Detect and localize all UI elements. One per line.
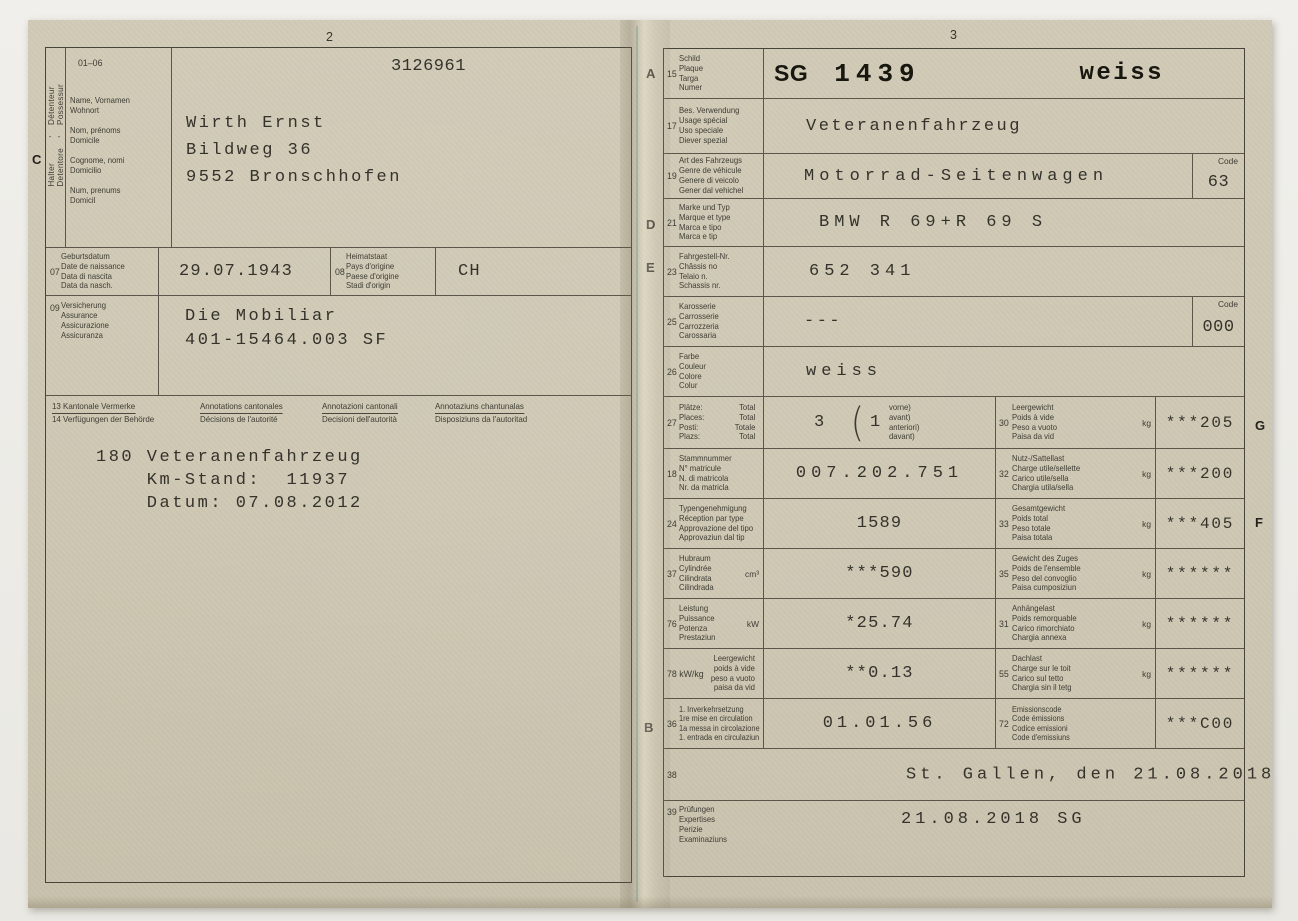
colour-labels: Farbe Couleur Colore Colur xyxy=(679,352,706,392)
seats-total-value: 3 xyxy=(814,413,825,432)
type-approval-value: 1589 xyxy=(857,514,903,533)
page-edge-tint xyxy=(636,26,638,902)
plate-value-cell: SG 1439 weiss xyxy=(764,49,1244,98)
total-weight-label-cell: 33 Gesamtgewicht Poids total Peso totale… xyxy=(996,499,1156,548)
plate-number-value: 1439 xyxy=(834,59,920,89)
remarks-header-line: Annotaziuns chantunalas xyxy=(435,401,524,414)
birthdate-origin-row: 07 Geburtsdatum Date de naissance Data d… xyxy=(46,248,631,296)
birthdate-label-cell: 07 Geburtsdatum Date de naissance Data d… xyxy=(46,248,159,295)
chassis-value: 652 341 xyxy=(809,262,915,281)
roof-load-value: ****** xyxy=(1166,665,1234,683)
total-weight-labels: Gesamtgewicht Poids total Peso totale Pa… xyxy=(1012,504,1065,544)
body-type-label-cell: 25 Karosserie Carrosserie Carrozzeria Ca… xyxy=(664,297,764,346)
kg-unit: kg xyxy=(1142,418,1151,428)
field-number: 24 xyxy=(667,519,677,529)
body-type-code-value: 000 xyxy=(1202,318,1234,337)
payload-value-cell: ***200 xyxy=(1156,449,1244,498)
field-number: 21 xyxy=(667,218,677,228)
displacement-value-cell: ***590 xyxy=(764,549,996,598)
remarks-header-line: Annotazioni cantonali xyxy=(322,401,398,414)
plate-canton-value: SG xyxy=(774,60,808,87)
power-labels: Leistung Puissance Potenza Prestaziun xyxy=(679,604,715,644)
field-number: 31 xyxy=(999,619,1009,629)
chassis-value-cell: 652 341 xyxy=(764,247,1244,296)
field-number: 38 xyxy=(667,770,677,780)
holder-vertical-bottom: Halter Detentore xyxy=(47,148,65,187)
margin-letter-f: F xyxy=(1255,515,1263,530)
page3-table: 15 Schild Plaque Targa Numer SG 1439 wei… xyxy=(663,48,1245,877)
holder-vertical-label: Détenteur xyxy=(47,84,56,125)
seats-emptyweight-row: 27 Plätze: Places: Posti: Plazs: Total T… xyxy=(664,397,1244,449)
birthdate-value-cell: 29.07.1943 xyxy=(159,248,331,295)
kg-unit: kg xyxy=(1142,469,1151,479)
payload-labels: Nutz-/Sattellast Charge utile/sellette C… xyxy=(1012,454,1080,494)
origin-labels: Heimatstaat Pays d'origine Paese d'origi… xyxy=(346,252,399,292)
first-registration-labels: 1. Inverkehrsetzung 1re mise en circulat… xyxy=(679,705,760,743)
cantonal-remarks-value: 180 Veteranenfahrzeug Km-Stand: 11937 Da… xyxy=(96,446,363,515)
roof-load-label-cell: 55 Dachlast Charge sur le toit Carico su… xyxy=(996,649,1156,698)
trailer-load-value: ****** xyxy=(1166,615,1234,633)
insurance-label-cell: 09 Versicherung Assurance Assicurazione … xyxy=(46,296,159,395)
displacement-label-cell: 37 Hubraum Cylindrée Cilindrata Cilindra… xyxy=(664,549,764,598)
special-use-value: Veteranenfahrzeug xyxy=(806,117,1022,136)
trailer-load-label-cell: 31 Anhängelast Poids remorquable Carico … xyxy=(996,599,1156,648)
empty-weight-label-cell: 30 Leergewicht Poids à vide Peso a vuoto… xyxy=(996,397,1156,448)
chassis-row: 23 Fahrgestell-Nr. Châssis no Telaio n. … xyxy=(664,247,1244,297)
stock-number-value-cell: 007.202.751 xyxy=(764,449,996,498)
cantonal-remarks-section: 13 Kantonale Vermerke 14 Verfügungen der… xyxy=(46,396,631,882)
remarks-header-rm: Annotaziuns chantunalas Disposiziuns da … xyxy=(435,401,527,425)
field-number: 15 xyxy=(667,69,677,79)
displacement-value: ***590 xyxy=(845,564,913,583)
margin-letter-c: C xyxy=(32,152,41,167)
stock-number-label-cell: 18 Stammnummer N° matricule N. di matric… xyxy=(664,449,764,498)
issue-value-cell: St. Gallen, den 21.08.2018 xyxy=(764,749,1244,800)
body-type-value: --- xyxy=(804,312,842,331)
seats-brace: ( xyxy=(851,399,864,446)
remarks-header-line: 14 Verfügungen der Behörde xyxy=(52,414,154,424)
plate-labels: Schild Plaque Targa Numer xyxy=(679,54,703,94)
field-number: 07 xyxy=(50,267,60,277)
remarks-header-line: Annotations cantonales xyxy=(200,401,283,414)
field-number: 33 xyxy=(999,519,1009,529)
remarks-header-line: Décisions de l'autorité xyxy=(200,414,278,424)
field-number: 08 xyxy=(335,267,345,277)
field-number: 25 xyxy=(667,317,677,327)
power-to-weight-value-cell: **0.13 xyxy=(764,649,996,698)
vehicle-kind-label-cell: 19 Art des Fahrzeugs Genre de véhicule G… xyxy=(664,154,764,198)
kg-unit: kg xyxy=(1142,519,1151,529)
make-type-label-cell: 21 Marke und Typ Marque et type Marca e … xyxy=(664,199,764,246)
payload-label-cell: 32 Nutz-/Sattellast Charge utile/sellett… xyxy=(996,449,1156,498)
field-number: 76 xyxy=(667,619,677,629)
power-to-weight-labels: Leergewicht poids à vide peso a vuoto pa… xyxy=(711,654,755,694)
seats-value-cell: 3 ( 1 vorne) avant) anteriori) davant) xyxy=(764,397,996,448)
kw-unit: kW xyxy=(747,619,759,629)
margin-letter-d: D xyxy=(646,217,655,232)
train-weight-label-cell: 35 Gewicht des Zuges Poids de l'ensemble… xyxy=(996,549,1156,598)
kg-unit: kg xyxy=(1142,569,1151,579)
remarks-header-fr: Annotations cantonales Décisions de l'au… xyxy=(200,401,283,425)
field-number: 36 xyxy=(667,719,677,729)
holder-vertical-dashes: - - xyxy=(49,132,63,141)
insurance-value-cell: Die Mobiliar 401-15464.003 SF xyxy=(159,296,631,395)
stock-number-labels: Stammnummer N° matricule N. di matricola… xyxy=(679,454,732,494)
seats-labels-right: Total Total Totale Total xyxy=(734,403,755,443)
trailer-load-value-cell: ****** xyxy=(1156,599,1244,648)
holder-name-address-value: Wirth Ernst Bildweg 36 9552 Bronschhofen xyxy=(186,110,402,191)
plate-color-value: weiss xyxy=(1079,60,1164,87)
train-weight-value-cell: ****** xyxy=(1156,549,1244,598)
issue-place-date-value: St. Gallen, den 21.08.2018 xyxy=(906,765,1275,784)
field-number: 19 xyxy=(667,171,677,181)
total-weight-value-cell: ***405 xyxy=(1156,499,1244,548)
seats-label-cell: 27 Plätze: Places: Posti: Plazs: Total T… xyxy=(664,397,764,448)
body-type-value-cell: --- xyxy=(764,297,1192,346)
first-registration-value: 01.01.56 xyxy=(823,714,937,733)
insurance-value: Die Mobiliar 401-15464.003 SF xyxy=(185,305,388,353)
margin-letter-e: E xyxy=(646,260,655,275)
body-type-labels: Karosserie Carrosserie Carrozzeria Caros… xyxy=(679,302,719,342)
vehicle-kind-code-value: 63 xyxy=(1208,173,1229,192)
insurance-row: 09 Versicherung Assurance Assicurazione … xyxy=(46,296,631,396)
page3-number: 3 xyxy=(950,28,957,42)
issue-row: 38 St. Gallen, den 21.08.2018 xyxy=(664,749,1244,801)
empty-weight-value: ***205 xyxy=(1166,414,1234,432)
field-number: 17 xyxy=(667,121,677,131)
special-use-labels: Bes. Verwendung Usage spécial Uso specia… xyxy=(679,106,739,146)
chassis-label-cell: 23 Fahrgestell-Nr. Châssis no Telaio n. … xyxy=(664,247,764,296)
issue-label-cell: 38 xyxy=(664,749,764,800)
field-number: 37 xyxy=(667,569,677,579)
payload-value: ***200 xyxy=(1166,465,1234,483)
special-use-value-cell: Veteranenfahrzeug xyxy=(764,99,1244,153)
holder-label-column: 01–06 Name, Vornamen Wohnort Nom, prénom… xyxy=(66,48,172,247)
insurance-labels: Versicherung Assurance Assicurazione Ass… xyxy=(61,301,109,341)
holder-value-cell: 3126961 Wirth Ernst Bildweg 36 9552 Bron… xyxy=(172,48,631,247)
train-weight-value: ****** xyxy=(1166,565,1234,583)
displacement-labels: Hubraum Cylindrée Cilindrata Cilindrada xyxy=(679,554,714,594)
vehicle-kind-value-cell: Motorrad-Seitenwagen xyxy=(764,154,1192,198)
margin-letter-a: A xyxy=(646,66,655,81)
total-weight-value: ***405 xyxy=(1166,515,1234,533)
stock-number-value: 007.202.751 xyxy=(796,464,963,483)
chassis-labels: Fahrgestell-Nr. Châssis no Telaio n. Sch… xyxy=(679,252,730,292)
typeapproval-totalweight-row: 24 Typengenehmigung Réception par type A… xyxy=(664,499,1244,549)
remarks-header-de: 13 Kantonale Vermerke 14 Verfügungen der… xyxy=(52,401,154,425)
seats-front-value: 1 xyxy=(870,413,881,432)
origin-label-cell: 08 Heimatstaat Pays d'origine Paese d'or… xyxy=(331,248,436,295)
scanner-background: 2 3 C A D E B G F Détenteur Possessur - … xyxy=(0,0,1298,921)
inspections-label-cell: 39 Prüfungen Expertises Perizie Examinaz… xyxy=(664,801,764,876)
origin-value: CH xyxy=(458,262,481,281)
code-label: Code xyxy=(1218,299,1238,309)
power-to-weight-value: **0.13 xyxy=(845,664,913,683)
inspections-value: 21.08.2018 SG xyxy=(901,810,1086,829)
field-number: 26 xyxy=(667,367,677,377)
field-number: 30 xyxy=(999,418,1009,428)
first-registration-label-cell: 36 1. Inverkehrsetzung 1re mise en circu… xyxy=(664,699,764,748)
power-value-cell: *25.74 xyxy=(764,599,996,648)
code-label: Code xyxy=(1218,156,1238,166)
origin-value-cell: CH xyxy=(436,248,631,295)
plate-label-cell: 15 Schild Plaque Targa Numer xyxy=(664,49,764,98)
field-number: 72 xyxy=(999,719,1009,729)
roof-load-labels: Dachlast Charge sur le toit Carico sul t… xyxy=(1012,654,1072,694)
margin-letter-b: B xyxy=(644,720,653,735)
body-type-code-cell: Code 000 xyxy=(1192,297,1244,346)
seats-front-labels: vorne) avant) anteriori) davant) xyxy=(889,403,919,443)
type-approval-value-cell: 1589 xyxy=(764,499,996,548)
holder-field-labels: Name, Vornamen Wohnort Nom, prénoms Domi… xyxy=(70,95,163,205)
birthdate-value: 29.07.1943 xyxy=(179,262,293,281)
empty-weight-labels: Leergewicht Poids à vide Peso a vuoto Pa… xyxy=(1012,403,1057,443)
cm3-unit: cm³ xyxy=(745,569,759,579)
holder-row: Détenteur Possessur - - Halter Detentore… xyxy=(46,48,631,248)
holder-vertical-label: Possessur xyxy=(56,84,65,125)
body-type-row: 25 Karosserie Carrosserie Carrozzeria Ca… xyxy=(664,297,1244,347)
stocknumber-payload-row: 18 Stammnummer N° matricule N. di matric… xyxy=(664,449,1244,499)
margin-letter-g: G xyxy=(1255,418,1265,433)
holder-vertical-label: Detentore xyxy=(56,148,65,187)
displacement-trainweight-row: 37 Hubraum Cylindrée Cilindrata Cilindra… xyxy=(664,549,1244,599)
holder-vertical-label: Halter xyxy=(47,148,56,187)
plate-row: 15 Schild Plaque Targa Numer SG 1439 wei… xyxy=(664,49,1244,99)
first-registration-value-cell: 01.01.56 xyxy=(764,699,996,748)
firstregistration-emission-row: 36 1. Inverkehrsetzung 1re mise en circu… xyxy=(664,699,1244,749)
roof-load-value-cell: ****** xyxy=(1156,649,1244,698)
empty-weight-value-cell: ***205 xyxy=(1156,397,1244,448)
holder-vertical-column: Détenteur Possessur - - Halter Detentore xyxy=(46,48,66,247)
remarks-header-line: 13 Kantonale Vermerke xyxy=(52,401,135,414)
power-to-weight-label-cell: 78 kW/kg Leergewicht poids à vide peso a… xyxy=(664,649,764,698)
field-number: 18 xyxy=(667,469,677,479)
powertoweight-roofload-row: 78 kW/kg Leergewicht poids à vide peso a… xyxy=(664,649,1244,699)
colour-row: 26 Farbe Couleur Colore Colur weiss xyxy=(664,347,1244,397)
emission-code-value-cell: ***C00 xyxy=(1156,699,1244,748)
emission-code-label-cell: 72 Emissionscode Code émissions Codice e… xyxy=(996,699,1156,748)
seats-labels-left: Plätze: Places: Posti: Plazs: xyxy=(679,403,704,443)
emission-code-value: ***C00 xyxy=(1166,715,1234,733)
holder-vertical-top: Détenteur Possessur xyxy=(47,84,65,125)
field-number: 09 xyxy=(50,303,60,313)
type-approval-label-cell: 24 Typengenehmigung Réception par type A… xyxy=(664,499,764,548)
inspections-labels: Prüfungen Expertises Perizie Examinaziun… xyxy=(679,805,727,845)
field-number: 39 xyxy=(667,807,677,817)
colour-value: weiss xyxy=(806,362,882,381)
field-number: 27 xyxy=(667,418,677,428)
field-number: 55 xyxy=(999,669,1009,679)
page2-number: 2 xyxy=(326,30,333,44)
inspections-row: 39 Prüfungen Expertises Perizie Examinaz… xyxy=(664,801,1244,876)
emission-code-labels: Emissionscode Code émissions Codice emis… xyxy=(1012,705,1070,743)
special-use-label-cell: 17 Bes. Verwendung Usage spécial Uso spe… xyxy=(664,99,764,153)
birthdate-labels: Geburtsdatum Date de naissance Data di n… xyxy=(61,252,125,292)
make-type-value: BMW R 69+R 69 S xyxy=(819,213,1047,232)
field-number: 35 xyxy=(999,569,1009,579)
vehicle-kind-code-cell: Code 63 xyxy=(1192,154,1244,198)
remarks-header-line: Decisioni dell'autorità xyxy=(322,414,397,424)
page2-table: Détenteur Possessur - - Halter Detentore… xyxy=(45,47,632,883)
kg-unit: kg xyxy=(1142,669,1151,679)
trailer-load-labels: Anhängelast Poids remorquable Carico rim… xyxy=(1012,604,1077,644)
kg-unit: kg xyxy=(1142,619,1151,629)
special-use-row: 17 Bes. Verwendung Usage spécial Uso spe… xyxy=(664,99,1244,154)
train-weight-labels: Gewicht des Zuges Poids de l'ensemble Pe… xyxy=(1012,554,1081,594)
vehicle-registration-document: 2 3 C A D E B G F Détenteur Possessur - … xyxy=(28,20,1272,908)
field-number: 23 xyxy=(667,267,677,277)
vehicle-kind-labels: Art des Fahrzeugs Genre de véhicule Gene… xyxy=(679,156,743,196)
field-number: 32 xyxy=(999,469,1009,479)
colour-label-cell: 26 Farbe Couleur Colore Colur xyxy=(664,347,764,396)
inspections-value-cell: 21.08.2018 SG xyxy=(764,801,1244,876)
remarks-header-it: Annotazioni cantonali Decisioni dell'aut… xyxy=(322,401,398,425)
make-type-row: 21 Marke und Typ Marque et type Marca e … xyxy=(664,199,1244,247)
power-trailerload-row: 76 Leistung Puissance Potenza Prestaziun… xyxy=(664,599,1244,649)
remarks-header-line: Disposiziuns da l'autoritad xyxy=(435,414,527,424)
document-serial-number: 3126961 xyxy=(391,57,466,76)
make-type-value-cell: BMW R 69+R 69 S xyxy=(764,199,1244,246)
type-approval-labels: Typengenehmigung Réception par type Appr… xyxy=(679,504,753,544)
form-code: 01–06 xyxy=(78,58,102,68)
field-number: 78 kW/kg xyxy=(667,669,704,679)
vehicle-kind-value: Motorrad-Seitenwagen xyxy=(804,167,1108,186)
power-label-cell: 76 Leistung Puissance Potenza Prestaziun… xyxy=(664,599,764,648)
make-type-labels: Marke und Typ Marque et type Marca e tip… xyxy=(679,203,730,243)
colour-value-cell: weiss xyxy=(764,347,1244,396)
vehicle-kind-row: 19 Art des Fahrzeugs Genre de véhicule G… xyxy=(664,154,1244,199)
power-value: *25.74 xyxy=(845,614,913,633)
